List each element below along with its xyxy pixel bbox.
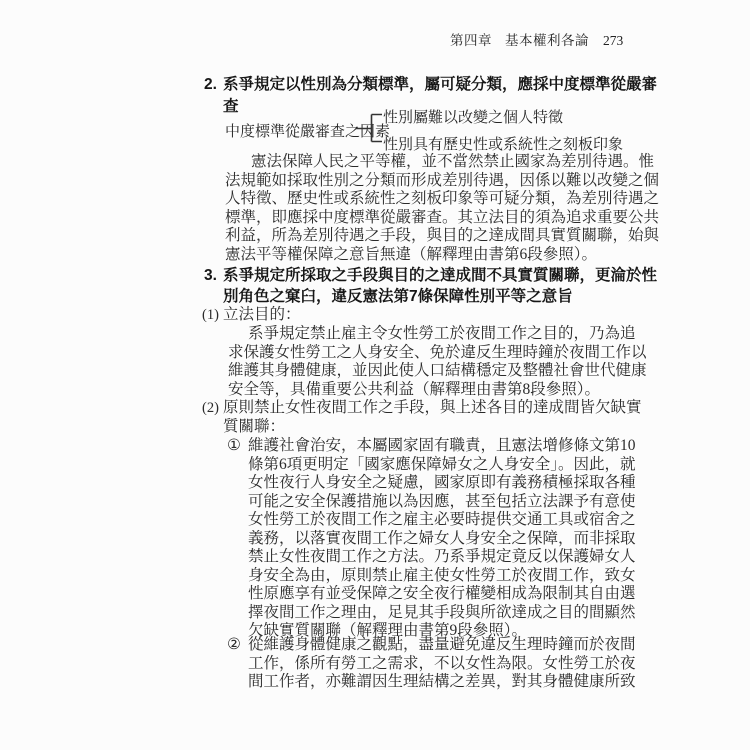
sub-item-lines: 原則禁止女性夜間工作之手段，與上述各目的達成間皆欠缺實 質關聯： [223, 399, 642, 436]
circled-number-2: ② [227, 636, 248, 692]
bracket-connector-icon [355, 105, 382, 151]
point-lines: 從維護身體健康之觀點，盡量避免違反生理時鐘而於夜間 工作，係所有勞工之需求，不以… [248, 636, 636, 692]
book-page: 第四章 基本權利各論 273 2. 系爭規定以性別為分類標準，屬可疑分類，應採中… [0, 0, 750, 750]
text-line: 女性勞工於夜間工作之雇主必要時提供交通工具或宿舍之 [248, 511, 636, 530]
text-line: 原則禁止女性夜間工作之手段，與上述各目的達成間皆欠缺實 [223, 399, 642, 418]
diagram-branch-1: 性別屬難以改變之個人特徵 [383, 106, 563, 127]
sub-item-marker: (1) [202, 306, 223, 325]
text-line: 利益，所為差別待遇之手段，與目的之達成間具實質關聯，始與 [225, 227, 659, 246]
circled-point-2: ② 從維護身體健康之觀點，盡量避免違反生理時鐘而於夜間 工作，係所有勞工之需求，… [227, 636, 636, 692]
circled-point-1: ① 維護社會治安，本屬國家固有職責，且憲法增修條文第10 條第6項更明定「國家應… [227, 437, 636, 641]
text-line: 條第6項更明定「國家應保障婦女之人身安全」。因此，就 [248, 456, 636, 475]
text-line: 維護其身體健康，並因此使人口結構穩定及整體社會世代健康 [228, 362, 647, 381]
text-line: 系爭規定禁止雇主令女性勞工於夜間工作之目的，乃為追 [228, 325, 647, 344]
text-line: 女性夜行人身安全之疑慮，國家原即有義務積極採取各種 [248, 474, 636, 493]
text-line: 從維護身體健康之觀點，盡量避免違反生理時鐘而於夜間 [248, 636, 636, 655]
text-line: 安全等，具備重要公共利益（解釋理由書第8段參照）。 [228, 381, 647, 400]
text-line: 憲法保障人民之平等權，並不當然禁止國家為差別待遇。惟 [225, 153, 659, 172]
section-item-3-heading: 3. 系爭規定所採取之手段與目的之達成間不具實質關聯，更淪於性 別角色之窠臼，違… [204, 266, 657, 308]
text-line: 求保護女性勞工之人身安全、免於違反生理時鐘於夜間工作以 [228, 344, 647, 363]
text-line: 工作，係所有勞工之需求，不以女性為限。女性勞工於夜 [248, 655, 636, 674]
diagram-branch-2: 性別具有歷史性或系統性之刻板印象 [383, 133, 623, 154]
text-line: 身安全為由，原則禁止雇主使女性勞工於夜間工作，致女 [248, 567, 636, 586]
heading-line: 別角色之窠臼，違反憲法第7條保障性別平等之意旨 [223, 287, 657, 308]
item-number: 3. [204, 266, 223, 308]
sub-item-1-heading: (1) 立法目的： [202, 306, 301, 325]
text-line: 性原應享有並受保障之安全夜行權變相成為限制其自由選 [248, 585, 636, 604]
text-line: 法規範如採取性別之分類而形成差別待遇，因係以難以改變之個 [225, 172, 659, 191]
text-line: 質關聯： [223, 418, 642, 437]
text-line: 憲法平等權保障之意旨無違（解釋理由書第6段參照）。 [225, 246, 659, 265]
text-line: 禁止女性夜間工作之方法。乃系爭規定竟反以保護婦女人 [248, 548, 636, 567]
circled-number-1: ① [227, 437, 248, 641]
paragraph-legislative-purpose: 系爭規定禁止雇主令女性勞工於夜間工作之目的，乃為追 求保護女性勞工之人身安全、免… [228, 325, 647, 399]
text-line: 可能之安全保護措施以為因應，甚至包括立法課予有意使 [248, 493, 636, 512]
text-line: 擇夜間工作之理由，足見其手段與所欲達成之目的間顯然 [248, 604, 636, 623]
text-line: 義務，以落實夜間工作之婦女人身安全之保障，而非採取 [248, 530, 636, 549]
heading-line: 系爭規定所採取之手段與目的之達成間不具實質關聯，更淪於性 [223, 266, 657, 287]
text-line: 標準，即應採中度標準從嚴審查。其立法目的須為追求重要公共 [225, 209, 659, 228]
text-line: 維護社會治安，本屬國家固有職責，且憲法增修條文第10 [248, 437, 636, 456]
sub-item-title: 立法目的： [223, 306, 301, 325]
sub-item-marker: (2) [202, 399, 223, 436]
text-line: 人特徵、歷史性或系統性之刻板印象等可疑分類，為差別待遇之 [225, 190, 659, 209]
text-line: 間工作者，亦難謂因生理結構之差異，對其身體健康所致 [248, 673, 636, 692]
item-heading-lines: 系爭規定所採取之手段與目的之達成間不具實質關聯，更淪於性 別角色之窠臼，違反憲法… [223, 266, 657, 308]
paragraph-equality: 憲法保障人民之平等權，並不當然禁止國家為差別待遇。惟 法規範如採取性別之分類而形… [225, 153, 659, 264]
point-lines: 維護社會治安，本屬國家固有職責，且憲法增修條文第10 條第6項更明定「國家應保障… [248, 437, 636, 641]
sub-item-2-heading: (2) 原則禁止女性夜間工作之手段，與上述各目的達成間皆欠缺實 質關聯： [202, 399, 642, 436]
